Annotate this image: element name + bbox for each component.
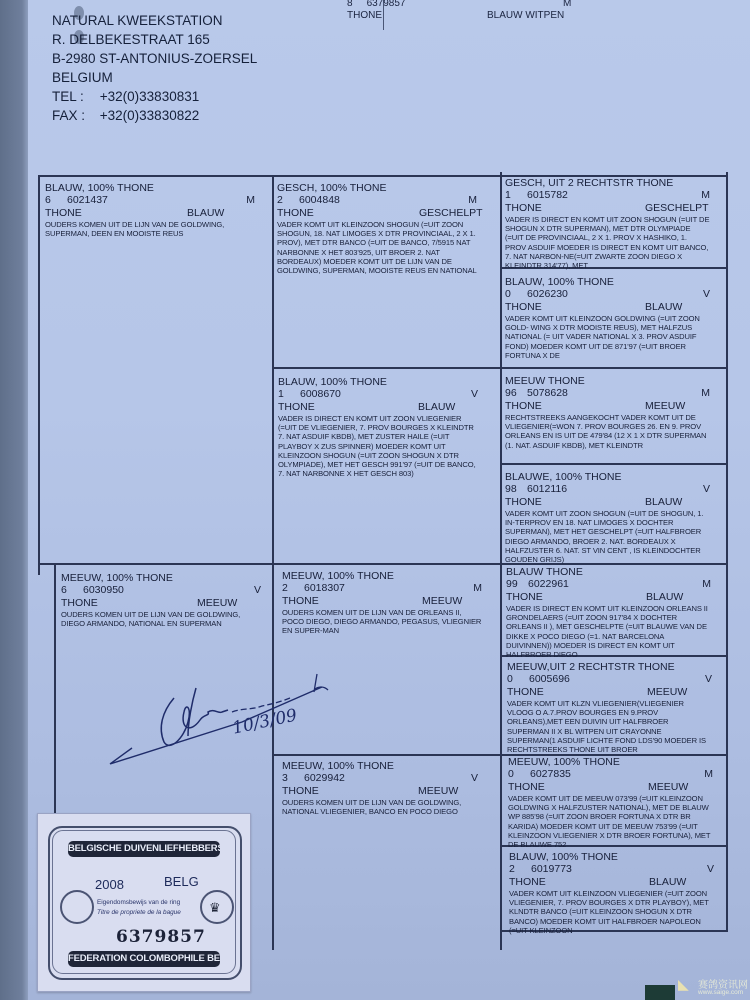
- subject-sex: M: [563, 0, 571, 9]
- pedigree-cell-dd-sire: MEEUW, 100% THONE 06027835M THONEMEEUW V…: [508, 756, 713, 849]
- breeder-header: NATURAL KWEEKSTATION R. DELBEKESTRAAT 16…: [52, 11, 257, 125]
- ring-ownership-card: BELGISCHE DUIVENLIEFHEBBERSBOND 2008 BEL…: [37, 813, 251, 992]
- pedigree-cell-sire: BLAUW, 100% THONE 66021437M THONEBLAUW O…: [45, 182, 255, 238]
- pedigree-cell-sire-dam: BLAUW, 100% THONE 16008670V THONEBLAUW V…: [278, 376, 478, 478]
- pedigree-cell-dd-dam: BLAUW, 100% THONE 26019773V THONEBLAUW V…: [509, 851, 714, 935]
- breeder-name: NATURAL KWEEKSTATION: [52, 11, 257, 30]
- pedigree-cell-ss-sire: GESCH, UIT 2 RECHTSTR THONE 16015782M TH…: [505, 177, 710, 270]
- pedigree-cell-sd-sire: MEEUW THONE 965078628M THONEMEEUW RECHTS…: [505, 375, 710, 450]
- divider: [726, 172, 728, 932]
- pedigree-cell-dam: MEEUW, 100% THONE 66030950V THONEMEEUW O…: [61, 572, 261, 628]
- breeder-tel: TEL : +32(0)33830831: [52, 87, 257, 106]
- crown-icon: ♛: [209, 900, 221, 916]
- subject-color: BLAUW WITPEN: [487, 10, 564, 21]
- subject-owner: THONE: [347, 10, 382, 21]
- pedigree-cell-ds-dam: MEEUW,UIT 2 RECHTSTR THONE 06005696V THO…: [507, 661, 712, 754]
- breeder-city: B-2980 ST-ANTONIUS-ZOERSEL: [52, 49, 257, 68]
- pedigree-cell-ss-dam: BLAUW, 100% THONE 06026230V THONEBLAUW V…: [505, 276, 710, 360]
- divider: [274, 367, 728, 369]
- ownership-label-nl: Eigendomsbewijs van de ring: [97, 899, 180, 906]
- emblem-icon: [60, 890, 94, 924]
- pedigree-cell-ds-sire: BLAUW THONE 996022961M THONEBLAUW VADER …: [506, 566, 711, 659]
- breeder-country: BELGIUM: [52, 68, 257, 87]
- ring-country: BELG: [164, 874, 199, 889]
- subject-year: 8: [347, 0, 353, 9]
- subject-ring: 6379857: [367, 0, 406, 9]
- ownership-label-fr: Titre de propriete de la bague: [97, 909, 181, 916]
- pedigree-cell-dam-sire: MEEUW, 100% THONE 26018307M THONEMEEUW O…: [282, 570, 482, 636]
- pigeon-logo-icon: ◣: [678, 976, 689, 993]
- federation-banner-nl: BELGISCHE DUIVENLIEFHEBBERSBOND: [68, 841, 220, 857]
- breeder-street: R. DELBEKESTRAAT 165: [52, 30, 257, 49]
- divider: [54, 563, 56, 813]
- pedigree-cell-sd-dam: BLAUWE, 100% THONE 986012116V THONEBLAUW…: [505, 471, 710, 564]
- breeder-fax: FAX : +32(0)33830822: [52, 106, 257, 125]
- background-strip: [645, 985, 675, 1000]
- divider: [502, 463, 728, 465]
- ring-number: 6379857: [116, 927, 206, 947]
- ring-year: 2008: [95, 877, 124, 892]
- watermark: ◣ 赛鸽资讯网 www.saige.com: [678, 972, 750, 1000]
- divider: [500, 172, 502, 950]
- divider: [38, 175, 40, 575]
- pedigree-cell-sire-sire: GESCH, 100% THONE 26004848M THONEGESCHEL…: [277, 182, 477, 275]
- federation-banner-fr: FEDERATION COLOMBOPHILE BELGE: [68, 951, 220, 967]
